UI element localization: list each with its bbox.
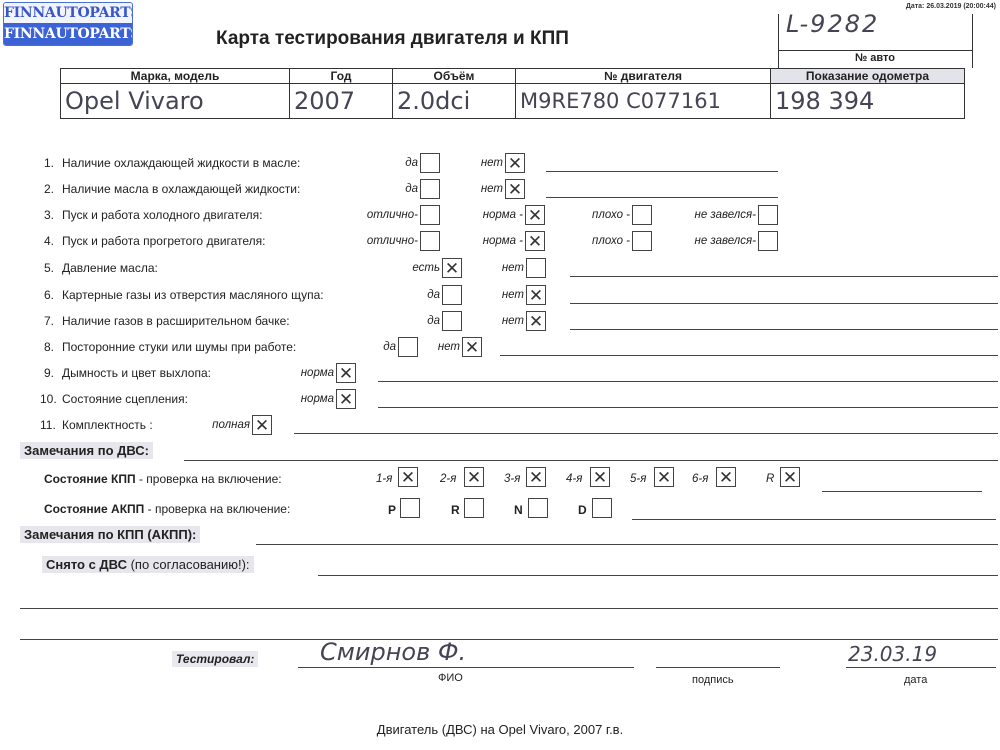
- gearbox-remarks-label: Замечания по КПП (АКПП):: [20, 526, 200, 543]
- gear-checkbox[interactable]: ✕: [398, 467, 418, 487]
- gear-checkbox[interactable]: ✕: [780, 467, 800, 487]
- question-text: Наличие масла в охлаждающей жидкости:: [62, 182, 300, 196]
- date-caption: дата: [904, 674, 927, 686]
- notes-line[interactable]: [546, 171, 778, 172]
- removed-label-rest: (по согласованию!):: [127, 557, 250, 572]
- option-checkbox[interactable]: [758, 231, 778, 251]
- option-checkbox[interactable]: ✕: [505, 179, 525, 199]
- gear-label: R: [766, 473, 774, 485]
- gear-label: 5-я: [630, 473, 646, 485]
- gear-checkbox[interactable]: ✕: [590, 467, 610, 487]
- table-row: Opel Vivaro 2007 2.0dci M9RE780 C077161 …: [61, 84, 965, 119]
- auto-gearbox-label-bold: Состояние АКПП: [44, 502, 144, 516]
- gear-label: 2-я: [440, 473, 456, 485]
- tester-name[interactable]: Смирнов Ф.: [320, 638, 466, 666]
- auto-gear-checkbox[interactable]: [400, 498, 420, 518]
- cell-engine-number[interactable]: M9RE780 C077161: [516, 84, 771, 119]
- notes-line[interactable]: [546, 197, 778, 198]
- gear-label: 6-я: [692, 473, 708, 485]
- manual-gearbox-notes-line[interactable]: [822, 491, 982, 492]
- cell-volume[interactable]: 2.0dci: [393, 84, 516, 119]
- engine-remarks-line[interactable]: [184, 460, 998, 461]
- gear-checkbox[interactable]: ✕: [716, 467, 736, 487]
- tester-name-line: [298, 667, 634, 668]
- car-number-label: № авто: [778, 52, 972, 64]
- gear-checkbox[interactable]: ✕: [464, 467, 484, 487]
- image-caption: Двигатель (ДВС) на Opel Vivaro, 2007 г.в…: [0, 722, 1000, 737]
- date-stamp: Дата: 26.03.2019 (20:00:44): [906, 3, 996, 10]
- gear-checkbox[interactable]: ✕: [526, 467, 546, 487]
- auto-gearbox-notes-line[interactable]: [632, 519, 996, 520]
- notes-line[interactable]: [570, 329, 998, 330]
- option-checkbox[interactable]: ✕: [252, 415, 272, 435]
- cell-odometer[interactable]: 198 394: [771, 84, 965, 119]
- auto-gear-label: N: [514, 503, 523, 517]
- option-label: нет: [370, 183, 503, 195]
- gear-label: 1-я: [376, 473, 392, 485]
- auto-gear-label: D: [578, 503, 587, 517]
- auto-gear-checkbox[interactable]: [592, 498, 612, 518]
- signature-line[interactable]: [656, 667, 780, 668]
- option-label: нет: [394, 289, 524, 301]
- option-label: полная: [100, 419, 250, 431]
- notes-line[interactable]: [500, 355, 998, 356]
- question-number: 8.: [44, 340, 54, 354]
- removed-label: Снято с ДВС (по согласованию!):: [42, 556, 254, 573]
- auto-gear-checkbox[interactable]: [464, 498, 484, 518]
- header-engine-number: № двигателя: [516, 69, 771, 84]
- option-checkbox[interactable]: ✕: [336, 363, 356, 383]
- notes-line[interactable]: [294, 433, 998, 434]
- gearbox-remarks-line[interactable]: [256, 544, 998, 545]
- question-number: 3.: [44, 208, 54, 222]
- question-text: Наличие газов в расширительном бачке:: [62, 314, 290, 328]
- notes-line[interactable]: [378, 381, 998, 382]
- cell-year[interactable]: 2007: [290, 84, 393, 119]
- notes-line-2[interactable]: [20, 639, 998, 640]
- gear-label: 4-я: [566, 473, 582, 485]
- option-label: норма: [180, 367, 334, 379]
- option-checkbox[interactable]: [526, 258, 546, 278]
- option-label: нет: [394, 262, 524, 274]
- gear-checkbox[interactable]: ✕: [654, 467, 674, 487]
- auto-gear-checkbox[interactable]: [528, 498, 548, 518]
- removed-line[interactable]: [318, 575, 998, 576]
- header-make-model: Марка, модель: [61, 69, 290, 84]
- gear-label: 3-я: [504, 473, 520, 485]
- notes-line-1[interactable]: [20, 608, 998, 609]
- question-number: 10.: [40, 392, 57, 406]
- option-label: нет: [320, 341, 460, 353]
- question-number: 4.: [44, 234, 54, 248]
- question-number: 5.: [44, 261, 54, 275]
- header-year: Год: [290, 69, 393, 84]
- page-title: Карта тестирования двигателя и КПП: [216, 28, 569, 50]
- option-checkbox[interactable]: ✕: [336, 389, 356, 409]
- question-text: Пуск и работа холодного двигателя:: [62, 208, 262, 222]
- manual-gearbox-label: Состояние КПП - проверка на включение:: [44, 472, 282, 486]
- notes-line[interactable]: [570, 303, 998, 304]
- manual-gearbox-label-bold: Состояние КПП: [44, 472, 136, 486]
- table-header-row: Марка, модель Год Объём № двигателя Пока…: [61, 69, 965, 84]
- tester-date[interactable]: 23.03.19: [848, 642, 937, 666]
- question-number: 1.: [44, 156, 54, 170]
- header-volume: Объём: [393, 69, 516, 84]
- option-checkbox[interactable]: ✕: [505, 153, 525, 173]
- option-label: не завелся-: [580, 235, 756, 247]
- question-number: 9.: [44, 366, 54, 380]
- engine-remarks-label: Замечания по ДВС:: [20, 442, 153, 459]
- car-number-value: L-9282: [786, 10, 879, 38]
- vehicle-info-table: Марка, модель Год Объём № двигателя Пока…: [60, 68, 965, 119]
- option-checkbox[interactable]: ✕: [526, 311, 546, 331]
- notes-line[interactable]: [570, 276, 998, 277]
- option-checkbox[interactable]: [758, 205, 778, 225]
- option-label: не завелся-: [580, 209, 756, 221]
- notes-line[interactable]: [378, 407, 998, 408]
- auto-gearbox-label-rest: - проверка на включение:: [144, 502, 290, 516]
- option-label: нет: [394, 315, 524, 327]
- question-text: Пуск и работа прогретого двигателя:: [62, 234, 266, 248]
- option-label: норма: [180, 393, 334, 405]
- car-number-divider: [778, 50, 972, 51]
- question-number: 6.: [44, 288, 54, 302]
- question-number: 7.: [44, 314, 54, 328]
- removed-label-bold: Снято с ДВС: [46, 557, 127, 572]
- manual-gearbox-label-rest: - проверка на включение:: [136, 472, 282, 486]
- auto-gear-label: P: [388, 503, 396, 517]
- auto-gear-label: R: [451, 503, 460, 517]
- header-odometer: Показание одометра: [771, 69, 965, 84]
- signature-caption: подпись: [692, 674, 734, 686]
- question-text: Картерные газы из отверстия масляного щу…: [62, 288, 324, 302]
- option-checkbox[interactable]: ✕: [526, 285, 546, 305]
- question-number: 11.: [40, 418, 56, 432]
- cell-make-model[interactable]: Opel Vivaro: [61, 84, 290, 119]
- date-line: [846, 667, 996, 668]
- logo-line-2: FINNAUTOPARTS: [4, 23, 132, 45]
- tester-name-caption: ФИО: [438, 672, 463, 684]
- question-text: Давление масла:: [62, 261, 158, 275]
- question-text: Посторонние стуки или шумы при работе:: [62, 340, 296, 354]
- auto-gearbox-label: Состояние АКПП - проверка на включение:: [44, 502, 290, 516]
- option-label: нет: [370, 157, 503, 169]
- tester-label: Тестировал:: [172, 651, 258, 667]
- question-number: 2.: [44, 182, 54, 196]
- question-text: Состояние сцепления:: [62, 392, 188, 406]
- option-checkbox[interactable]: ✕: [462, 337, 482, 357]
- brand-logo: FINNAUTOPARTS FINNAUTOPARTS: [3, 2, 133, 46]
- logo-line-1: FINNAUTOPARTS: [4, 3, 132, 23]
- question-text: Наличие охлаждающей жидкости в масле:: [62, 156, 300, 170]
